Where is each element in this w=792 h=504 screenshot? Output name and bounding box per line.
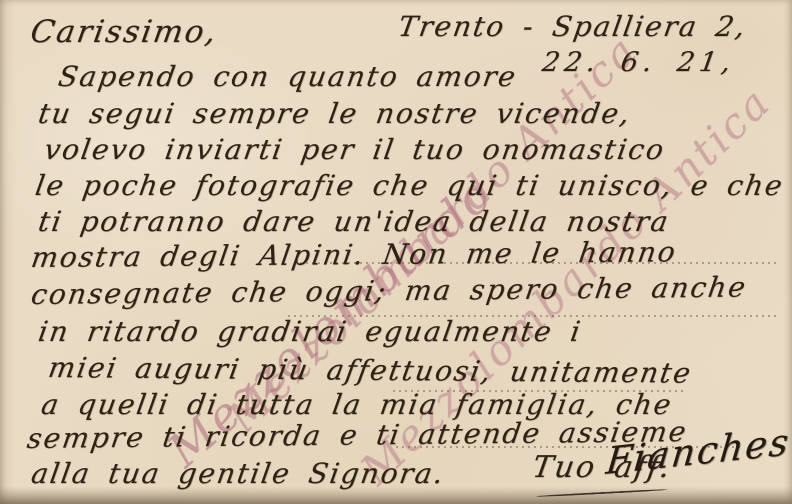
letter-line: miei auguri più affettuosi, unitamente xyxy=(46,351,695,390)
letter-line: sempre ti ricorda e ti attende assieme xyxy=(25,415,690,455)
letter-line: in ritardo gradirai egualmente i xyxy=(36,315,584,348)
letter-line: consegnate che oggi; ma spero che anche xyxy=(29,271,749,311)
letter-line: mostra degli Alpini. Non me le hanno xyxy=(29,235,679,274)
signature-flourish xyxy=(536,489,668,498)
letter-line: Sapendo con quanto amore xyxy=(56,60,520,93)
letter-line: alla tua gentile Signora. xyxy=(29,457,447,490)
heading-date: 22. 6. 21, xyxy=(540,47,738,78)
postcard-scan: Mezzolombardo Antica Mezzolombardo Mezzo… xyxy=(0,0,792,504)
heading-place: Trento - Spalliera 2, xyxy=(396,10,749,43)
letter-line: volevo inviarti per il tuo onomastico xyxy=(42,133,668,166)
letter-line: ti potranno dare un'idea della nostra xyxy=(36,205,672,238)
salutation: Carissimo, xyxy=(28,14,220,50)
letter-line: tu segui sempre le nostre vicende, xyxy=(36,97,634,130)
letter-line: le poche fotografie che qui ti unisco, e… xyxy=(33,169,786,202)
